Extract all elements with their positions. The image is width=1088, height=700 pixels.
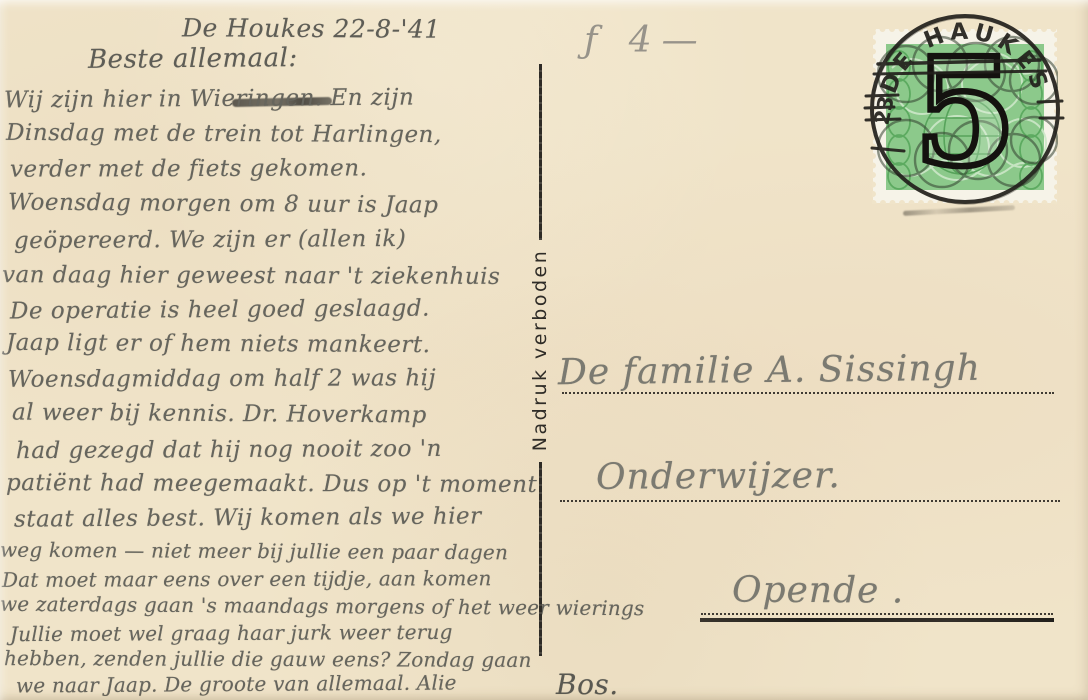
message-line: staat alles best. Wij komen als we hier (14, 503, 482, 532)
message-line: verder met de fiets gekomen. (10, 155, 367, 182)
svg-text:DE HAUKES: DE HAUKES (876, 19, 1054, 98)
message-line: hebben, zenden jullie die gauw eens? Zon… (4, 646, 532, 672)
message-line: Woensdag morgen om 8 uur is Jaap (8, 189, 439, 218)
postmark: DE HAUKES 23 (862, 6, 1072, 218)
message-line: Jaap ligt er of hem niets mankeert. (6, 330, 431, 358)
date-line: De Houkes 22-8-'41 (182, 13, 441, 43)
signature: Bos. (556, 668, 619, 700)
address-rule-2 (560, 500, 1060, 502)
message-line: Jullie moet wel graag haar jurk weer ter… (10, 620, 453, 646)
address-line-2: Onderwijzer. (596, 455, 841, 498)
divider-line (539, 462, 542, 656)
divider-line (539, 64, 542, 240)
price-mark: ƒ 4— (584, 20, 708, 61)
salutation: Beste allemaal: (88, 43, 298, 75)
message-line: van daag hier geweest naar 't ziekenhuis (2, 262, 500, 290)
address-line-3: Opende . (732, 570, 905, 612)
message-line: had gezegd dat hij nog nooit zoo 'n (16, 436, 442, 464)
postmark-town: DE HAUKES (876, 19, 1054, 98)
message-line: we naar Jaap. De groote van allemaal. Al… (16, 670, 457, 697)
postcard: De Houkes 22-8-'41 Beste allemaal: Wij z… (0, 0, 1088, 700)
message-line: De operatie is heel goed geslaagd. (10, 296, 430, 325)
message-line: Woensdagmiddag om half 2 was hij (8, 365, 436, 392)
message-line: Dinsdag met de trein tot Harlingen, (6, 120, 442, 148)
address-rule-3-underline (700, 618, 1054, 622)
message-line: patiënt had meegemaakt. Dus op 't moment (6, 470, 537, 498)
address-line-1: De familie A. Sissingh (558, 348, 981, 393)
message-line: al weer bij kennis. Dr. Hoverkamp (12, 400, 427, 429)
message-line: we zaterdags gaan 's maandags morgens of… (0, 592, 644, 620)
message-line: geöpereerd. We zijn er (allen ik) (14, 226, 406, 254)
message-line: Dat moet maar eens over een tijdje, aan … (2, 566, 492, 592)
message-line: weg komen — niet meer bij jullie een paa… (0, 538, 508, 565)
address-rule-3 (701, 613, 1053, 615)
postmark-day: 23 (869, 93, 899, 127)
nadruk-verboden-label: Nadruk verboden (529, 249, 551, 452)
message-line: Wij zijn hier in Wieringen. En zijn (4, 85, 414, 114)
